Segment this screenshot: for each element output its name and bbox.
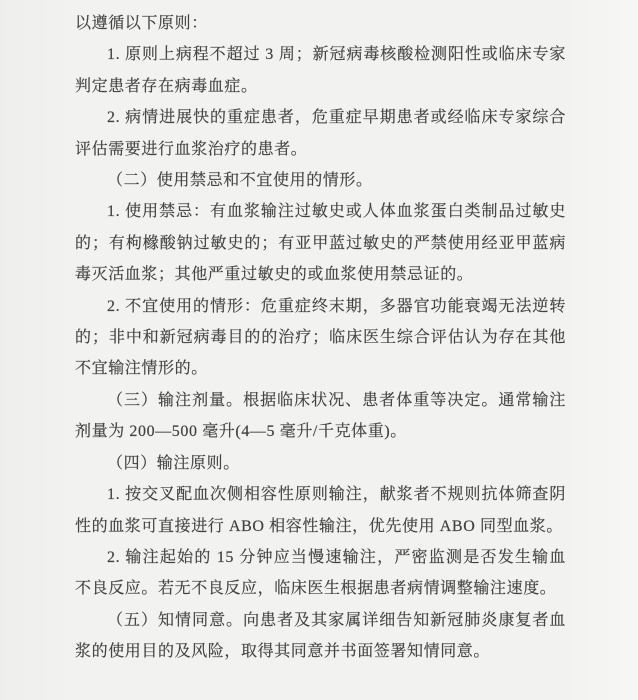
- paragraph: 1. 原则上病程不超过 3 周；新冠病毒核酸检测阳性或临床专家判定患者存在病毒血…: [75, 39, 566, 102]
- paragraph: 1. 使用禁忌：有血浆输注过敏史或人体血浆蛋白类制品过敏史的；有枸橼酸钠过敏史的…: [75, 196, 566, 290]
- paragraph: （四）输注原则。: [75, 448, 566, 479]
- paragraph: （二）使用禁忌和不宜使用的情形。: [75, 165, 566, 196]
- paragraph: （三）输注剂量。根据临床状况、患者体重等决定。通常输注剂量为 200—500 毫…: [75, 385, 566, 448]
- paragraph: 以遵循以下原则：: [75, 8, 566, 39]
- paragraph: 2. 不宜使用的情形：危重症终末期，多器官功能衰竭无法逆转的；非中和新冠病毒目的…: [75, 291, 566, 385]
- document-body: 以遵循以下原则：1. 原则上病程不超过 3 周；新冠病毒核酸检测阳性或临床专家判…: [75, 8, 566, 668]
- paragraph: （五）知情同意。向患者及其家属详细告知新冠肺炎康复者血浆的使用目的及风险，取得其…: [75, 605, 566, 668]
- paragraph: 2. 输注起始的 15 分钟应当慢速输注，严密监测是否发生输血不良反应。若无不良…: [75, 542, 566, 605]
- document-page: 以遵循以下原则：1. 原则上病程不超过 3 周；新冠病毒核酸检测阳性或临床专家判…: [0, 0, 638, 700]
- paragraph: 1. 按交叉配血次侧相容性原则输注，献浆者不规则抗体筛查阴性的血浆可直接进行 A…: [75, 479, 566, 542]
- paragraph: 2. 病情进展快的重症患者，危重症早期患者或经临床专家综合评估需要进行血浆治疗的…: [75, 102, 566, 165]
